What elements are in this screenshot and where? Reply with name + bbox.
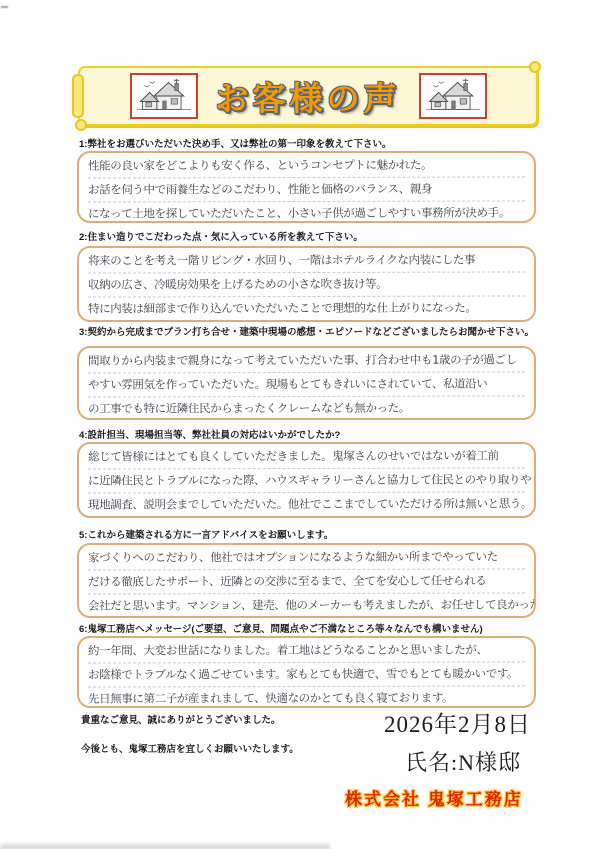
answer-box: 将来のことを考え一階リビング・水回り、一階はホテルライクな内装にした事 収納の広… bbox=[77, 246, 536, 322]
date: 2026年2月8日 bbox=[384, 706, 531, 739]
handwritten-answer-line: 総じて皆様にはとても良くしていただきました。鬼塚さんのせいではないが着工前 bbox=[88, 444, 525, 469]
handwritten-answer-line: 現地調査、説明会までしていただいた。他社でここまでしていただける所は無いと思う。 bbox=[88, 492, 525, 516]
handwritten-answer-line: お陰様でトラブルなく過ごせています。家もとても快適で、雪でもとても暖かいです。 bbox=[88, 662, 525, 687]
handwritten-answer-line: 家づくりへのこだわり、他社ではオプションになるような細かい所までやっていた bbox=[88, 545, 525, 570]
house-illustration bbox=[135, 78, 193, 114]
handwritten-answer-line: お話を伺う中で雨養生などのこだわり、性能と価格のバランス、親身 bbox=[88, 177, 525, 202]
company-name: 株式会社 鬼塚工務店 bbox=[345, 785, 523, 810]
question-label: 5:これから建築される方に一言アドバイスをお願いします。 bbox=[79, 527, 539, 541]
customer-name: 氏名:N様邸 bbox=[405, 746, 521, 777]
page-title: お客様の声 bbox=[216, 73, 401, 120]
handwritten-answer-line: 性能の良い家をどこよりも安く作る、というコンセプトに魅かれた。 bbox=[88, 153, 525, 178]
answer-box: 性能の良い家をどこよりも安く作る、というコンセプトに魅かれた。 お話を伺う中で雨… bbox=[77, 151, 536, 223]
handwritten-answer-line: やすい雰囲気を作っていただいた。現場もとてもきれいにされていて、私道沿い bbox=[88, 372, 525, 397]
handwritten-answer-line: 先日無事に第二子が産まれまして、快適なのかとても良く寝ております。 bbox=[88, 686, 525, 708]
title-banner: お客様の声 bbox=[78, 66, 538, 126]
question-label: 4:設計担当、現場担当等、弊社社員の対応はいかがでしたか? bbox=[79, 427, 539, 441]
question-label: 6:鬼塚工務店へメッセージ(ご要望、ご意見、問題点やご不満なところ等々なんでも構… bbox=[79, 621, 539, 635]
handwritten-answer-line: 将来のことを考え一階リビング・水回り、一階はホテルライクな内装にした事 bbox=[88, 248, 525, 273]
answer-box: 約一年間、大変お世話になりました。着工地はどうなることかと思いましたが、 お陰様… bbox=[77, 636, 536, 708]
handwritten-answer-line: に近隣住民とトラブルになった際、ハウスギャラリーさんと協力して住民とのやり取りや bbox=[88, 468, 525, 493]
scan-artifact bbox=[1, 6, 8, 8]
handwritten-answer-line: だける徹底したサポート、近隣との交渉に至るまで、全てを安心して任せられる bbox=[88, 569, 525, 594]
closing-note: 今後とも、鬼塚工務店を宜しくお願いいたします。 bbox=[81, 741, 299, 755]
scan-artifact bbox=[0, 842, 330, 849]
handwritten-answer-line: 会社だと思います。マンション、建売、他のメーカーも考えましたが、お任せして良かっ… bbox=[88, 593, 525, 617]
question-label: 3:契約から完成までプラン打ち合せ・建築中現場の感想・エピソードなどございました… bbox=[79, 324, 539, 338]
house-icon bbox=[419, 73, 487, 119]
answer-box: 家づくりへのこだわり、他社ではオプションになるような細かい所までやっていた だけ… bbox=[77, 543, 536, 618]
scroll-curl bbox=[75, 119, 87, 131]
handwritten-answer-line: の工事でも特に近隣住民からまったくクレームなども無かった。 bbox=[88, 396, 525, 420]
question-label: 1:弊社をお選びいただいた決め手、又は弊社の第一印象を教えて下さい。 bbox=[79, 136, 539, 150]
thanks-note: 貴重なご意見、誠にありがとうございました。 bbox=[81, 712, 281, 726]
question-label: 2:住まい造りでこだわった点・気に入っている所を教えて下さい。 bbox=[79, 229, 539, 243]
handwritten-answer-line: 収納の広さ、冷暖房効果を上げるための小さな吹き抜け等。 bbox=[88, 272, 525, 297]
answer-box: 総じて皆様にはとても良くしていただきました。鬼塚さんのせいではないが着工前 に近… bbox=[77, 442, 536, 518]
handwritten-answer-line: 間取りから内装まで親身になって考えていただいた事、打合わせ中も1歳の子が過ごし bbox=[88, 348, 525, 373]
house-icon bbox=[130, 73, 198, 119]
handwritten-answer-line: になって土地を探していただいたこと、小さい子供が過ごしやすい事務所が決め手。 bbox=[88, 201, 525, 223]
answer-box: 間取りから内装まで親身になって考えていただいた事、打合わせ中も1歳の子が過ごし … bbox=[77, 346, 536, 420]
customer-feedback-form: お客様の声 1:弊社をお選びいただいた決め手、又は弊社の第一印象を教えて下さい。… bbox=[0, 0, 600, 849]
handwritten-answer-line: 特に内装は細部まで作り込んでいただいたことで理想的な仕上がりになった。 bbox=[88, 296, 525, 320]
handwritten-answer-line: 約一年間、大変お世話になりました。着工地はどうなることかと思いましたが、 bbox=[88, 638, 525, 663]
house-illustration bbox=[424, 78, 482, 114]
